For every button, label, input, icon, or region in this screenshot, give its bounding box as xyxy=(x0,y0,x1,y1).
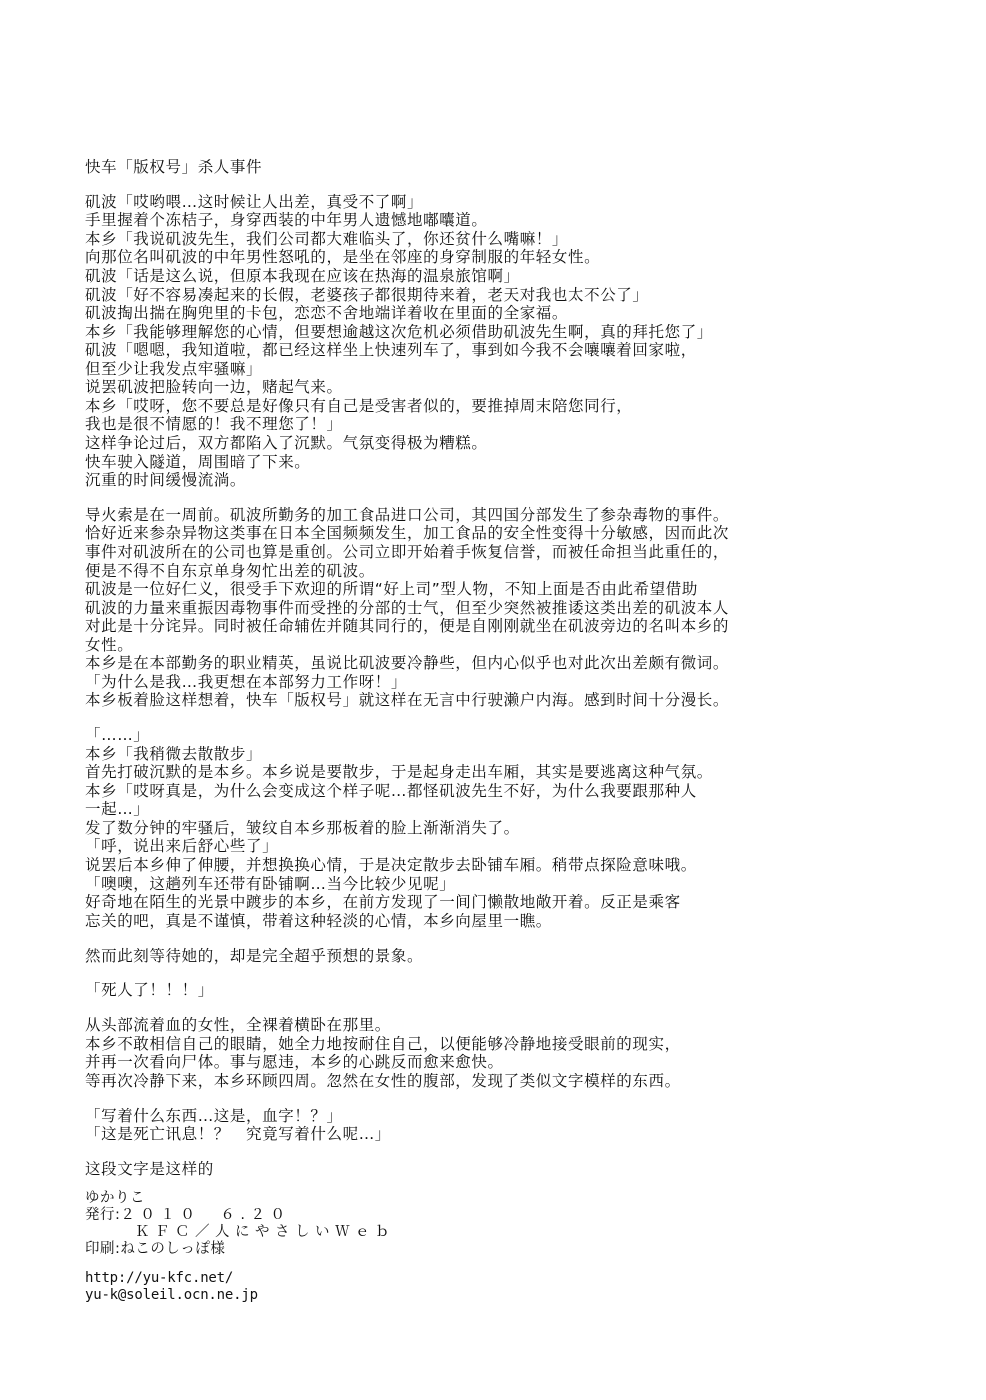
text-line: 恰好近来参杂异物这类事在日本全国频频发生，加工食品的安全性变得十分敏感，因而此次 xyxy=(85,524,725,543)
text-line: 矶波「哎哟喂…这时候让人出差，真受不了啊」 xyxy=(85,193,725,212)
text-line: 矶波是一位好仁义，很受手下欢迎的所谓“好上司”型人物，不知上面是否由此希望借助 xyxy=(85,580,725,599)
issued-date: ２０１０ ６.２０ xyxy=(120,1207,290,1223)
text-line: 本乡板着脸这样想着，快车「版权号」就这样在无言中行驶濑户内海。感到时间十分漫长。 xyxy=(85,691,725,710)
text-line: 好奇地在陌生的光景中踱步的本乡，在前方发现了一间门懒散地敞开着。反正是乘客 xyxy=(85,893,725,912)
text-line: 本乡是在本部勤务的职业精英，虽说比矶波要冷静些，但内心似乎也对此次出差颇有微词。 xyxy=(85,654,725,673)
text-line: 「噢噢，这趟列车还带有卧铺啊…当今比较少见呢」 xyxy=(85,875,725,894)
section-4: 然而此刻等待她的，却是完全超乎预想的景象。 xyxy=(85,947,725,966)
text-line: 快车驶入隧道，周围暗了下来。 xyxy=(85,453,725,472)
text-line: 「呼，说出来后舒心些了」 xyxy=(85,837,725,856)
text-line: 等再次冷静下来，本乡环顾四周。忽然在女性的腹部，发现了类似文字模样的东西。 xyxy=(85,1072,725,1091)
text-line: 忘关的吧，真是不谨慎，带着这种轻淡的心情，本乡向屋里一瞧。 xyxy=(85,912,725,931)
colophon: ゆかりこ 発行:２０１０ ６.２０ ＫＦＣ／人にやさしいＷｅｂ 印刷:ねこのしっ… xyxy=(85,1190,395,1258)
text-line: 本乡「哎呀，您不要总是好像只有自己是受害者似的，要推掉周末陪您同行， xyxy=(85,397,725,416)
text-line: 「为什么是我…我更想在本部努力工作呀！」 xyxy=(85,673,725,692)
issue-info: 発行:２０１０ ６.２０ xyxy=(85,1207,395,1224)
issued-label: 発行: xyxy=(85,1207,120,1223)
text-line: 本乡「我稍微去散散步」 xyxy=(85,745,725,764)
text-line: 「这是死亡讯息！？ 究竟写着什么呢…」 xyxy=(85,1125,725,1144)
text-line: 这样争论过后，双方都陷入了沉默。气氛变得极为糟糕。 xyxy=(85,434,725,453)
text-line: 矶波「嗯嗯，我知道啦，都已经这样坐上快速列车了，事到如今我不会嚷嚷着回家啦， xyxy=(85,341,725,360)
text-line: 一起…」 xyxy=(85,800,725,819)
text-line: 但至少让我发点牢骚嘛」 xyxy=(85,360,725,379)
section-8: 这段文字是这样的 xyxy=(85,1160,725,1179)
section-3: 「……」 本乡「我稍微去散散步」 首先打破沉默的是本乡。本乡说是要散步，于是起身… xyxy=(85,726,725,930)
text-line: 并再一次看向尸体。事与愿违，本乡的心跳反而愈来愈快。 xyxy=(85,1053,725,1072)
contact-info: http://yu-kfc.net/ yu-k@soleil.ocn.ne.jp xyxy=(85,1270,258,1304)
section-6: 从头部流着血的女性，全裸着横卧在那里。 本乡不敢相信自己的眼睛，她全力地按耐住自… xyxy=(85,1016,725,1090)
text-line: 手里握着个冻桔子，身穿西装的中年男人遗憾地嘟囔道。 xyxy=(85,211,725,230)
paragraph-gap xyxy=(85,1090,725,1106)
printer-label: 印刷: xyxy=(85,1241,120,1257)
text-line: 矶波「话是这么说，但原本我现在应该在热海的温泉旅馆啊」 xyxy=(85,267,725,286)
text-line: 说罢后本乡伸了伸腰，并想换换心情，于是决定散步去卧铺车厢。稍带点探险意味哦。 xyxy=(85,856,725,875)
printer-name: ねこのしっぽ様 xyxy=(120,1241,225,1257)
text-line: 发了数分钟的牢骚后，皱纹自本乡那板着的脸上渐渐消失了。 xyxy=(85,819,725,838)
paragraph-gap xyxy=(85,490,725,506)
text-line: 沉重的时间缓慢流淌。 xyxy=(85,471,725,490)
paragraph-gap xyxy=(85,710,725,726)
paragraph-gap xyxy=(85,930,725,946)
paragraph-gap xyxy=(85,965,725,981)
section-1: 矶波「哎哟喂…这时候让人出差，真受不了啊」 手里握着个冻桔子，身穿西装的中年男人… xyxy=(85,193,725,490)
section-5: 「死人了！！！」 xyxy=(85,981,725,1000)
text-line: 从头部流着血的女性，全裸着横卧在那里。 xyxy=(85,1016,725,1035)
email-address: yu-k@soleil.ocn.ne.jp xyxy=(85,1287,258,1304)
text-line: 这段文字是这样的 xyxy=(85,1160,725,1179)
text-line: 矶波掏出揣在胸兜里的卡包，恋恋不舍地端详着收在里面的全家福。 xyxy=(85,304,725,323)
text-line: 「写着什么东西…这是，血字！？」 xyxy=(85,1107,725,1126)
text-line: 本乡不敢相信自己的眼睛，她全力地按耐住自己，以便能够冷静地接受眼前的现实， xyxy=(85,1035,725,1054)
text-line: 向那位名叫矶波的中年男性怒吼的，是坐在邻座的身穿制服的年轻女性。 xyxy=(85,248,725,267)
text-line: 「……」 xyxy=(85,726,725,745)
text-line: 导火索是在一周前。矶波所勤务的加工食品进口公司，其四国分部发生了参杂毒物的事件。 xyxy=(85,506,725,525)
text-line: 说罢矶波把脸转向一边，赌起气来。 xyxy=(85,378,725,397)
website-url: http://yu-kfc.net/ xyxy=(85,1270,258,1287)
paragraph-gap xyxy=(85,1144,725,1160)
text-line: 本乡「我能够理解您的心情，但要想逾越这次危机必须借助矶波先生啊，真的拜托您了」 xyxy=(85,323,725,342)
text-line: 我也是很不情愿的！我不理您了！」 xyxy=(85,415,725,434)
text-line: 矶波的力量来重振因毒物事件而受挫的分部的士气，但至少突然被推诿这类出差的矶波本人 xyxy=(85,599,725,618)
text-line: 本乡「哎呀真是，为什么会变成这个样子呢…都怪矶波先生不好，为什么我要跟那种人 xyxy=(85,782,725,801)
text-line: 「死人了！！！」 xyxy=(85,981,725,1000)
story-page: 快车「版权号」杀人事件 矶波「哎哟喂…这时候让人出差，真受不了啊」 手里握着个冻… xyxy=(85,158,725,1179)
text-line: 矶波「好不容易凑起来的长假，老婆孩子都很期待来着，老天对我也太不公了」 xyxy=(85,286,725,305)
text-line: 便是不得不自东京单身匆忙出差的矶波。 xyxy=(85,562,725,581)
printer-info: 印刷:ねこのしっぽ様 xyxy=(85,1241,395,1258)
text-line: 女性。 xyxy=(85,636,725,655)
publisher-name: ＫＦＣ／人にやさしいＷｅｂ xyxy=(85,1224,395,1241)
text-line: 对此是十分诧异。同时被任命辅佐并随其同行的，便是自刚刚就坐在矶波旁边的名叫本乡的 xyxy=(85,617,725,636)
text-line: 本乡「我说矶波先生，我们公司都大难临头了，你还贫什么嘴嘛！」 xyxy=(85,230,725,249)
text-line: 事件对矶波所在的公司也算是重创。公司立即开始着手恢复信誉，而被任命担当此重任的， xyxy=(85,543,725,562)
story-title: 快车「版权号」杀人事件 xyxy=(85,158,725,177)
section-2: 导火索是在一周前。矶波所勤务的加工食品进口公司，其四国分部发生了参杂毒物的事件。… xyxy=(85,506,725,710)
section-7: 「写着什么东西…这是，血字！？」 「这是死亡讯息！？ 究竟写着什么呢…」 xyxy=(85,1107,725,1144)
author-name: ゆかりこ xyxy=(85,1190,395,1207)
paragraph-gap xyxy=(85,177,725,193)
text-line: 首先打破沉默的是本乡。本乡说是要散步，于是起身走出车厢，其实是要逃离这种气氛。 xyxy=(85,763,725,782)
paragraph-gap xyxy=(85,1000,725,1016)
text-line: 然而此刻等待她的，却是完全超乎预想的景象。 xyxy=(85,947,725,966)
